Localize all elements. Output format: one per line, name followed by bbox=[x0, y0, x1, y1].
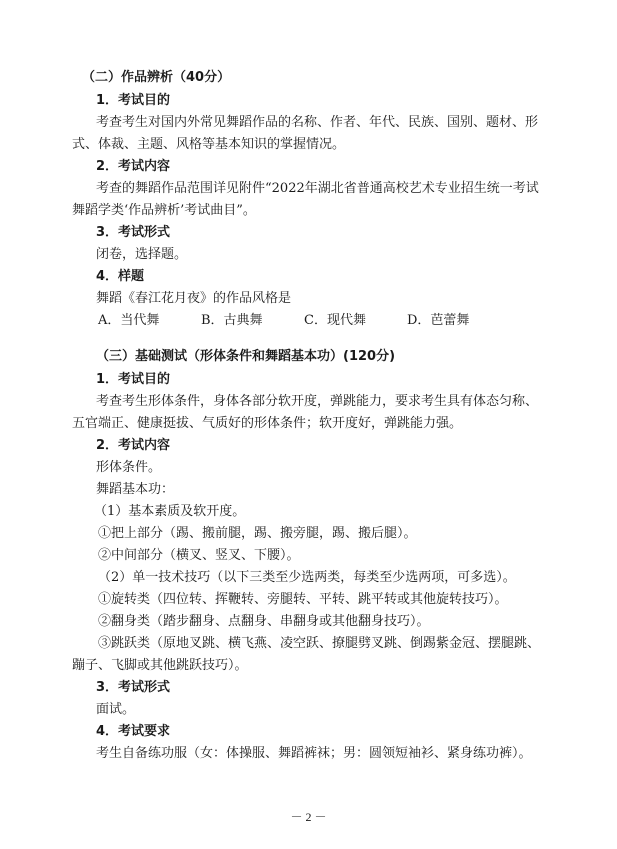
subheading: 2．考试内容 bbox=[96, 159, 170, 175]
paragraph-line: 考查考生对国内外常见舞蹈作品的名称、作者、年代、民族、国别、题材、形 bbox=[96, 115, 538, 131]
paragraph-line: ②翻身类（踏步翻身、点翻身、串翻身或其他翻身技巧）。 bbox=[98, 614, 430, 630]
paragraph-line: （1）基本素质及软开度。 bbox=[94, 504, 245, 520]
paragraph-line: ③跳跃类（原地叉跳、横飞燕、凌空跃、撩腿劈叉跳、倒踢紫金冠、摆腿跳、 bbox=[98, 636, 540, 652]
subheading: 2．考试内容 bbox=[96, 438, 170, 454]
subheading: 1．考试目的 bbox=[96, 93, 170, 109]
page-number: － 2 － bbox=[0, 808, 617, 825]
paragraph-line: ①把上部分（踢、搬前腿，踢、搬旁腿，踢、搬后腿）。 bbox=[98, 526, 417, 542]
paragraph-line: ①旋转类（四位转、挥鞭转、旁腿转、平转、跳平转或其他旋转技巧）。 bbox=[98, 592, 508, 608]
question-text: 舞蹈《春江花月夜》的作品风格是 bbox=[96, 291, 291, 307]
paragraph-line: 考查的舞蹈作品范围详见附件“2022年湖北省普通高校艺术专业招生统一考试 bbox=[96, 181, 539, 197]
option-b: B．古典舞 bbox=[201, 313, 304, 329]
subheading: 1．考试目的 bbox=[96, 372, 170, 388]
paragraph-line: 舞蹈学类‘作品辨析’考试曲目”。 bbox=[72, 203, 256, 219]
paragraph-line: （2）单一技术技巧（以下三类至少选两类，每类至少选两项，可多选）。 bbox=[98, 570, 516, 586]
option-a: A．当代舞 bbox=[98, 313, 201, 329]
subheading: 3．考试形式 bbox=[96, 225, 170, 241]
paragraph-line: 考生自备练功服（女：体操服、舞蹈裤袜；男：圆领短袖衫、紧身练功裤）。 bbox=[96, 746, 532, 762]
paragraph-line: 形体条件。 bbox=[96, 460, 161, 476]
section-heading-3: （三）基础测试（形体条件和舞蹈基本功）(120分) bbox=[96, 349, 395, 365]
subheading: 4．考试要求 bbox=[96, 724, 170, 740]
paragraph-line: 闭卷，选择题。 bbox=[96, 247, 187, 263]
subheading: 4．样题 bbox=[96, 269, 144, 285]
paragraph-line: 舞蹈基本功： bbox=[96, 482, 174, 498]
paragraph-line: 面试。 bbox=[96, 702, 135, 718]
subheading: 3．考试形式 bbox=[96, 680, 170, 696]
paragraph-line: 式、体裁、主题、风格等基本知识的掌握情况。 bbox=[72, 137, 345, 153]
answer-options: A．当代舞 B．古典舞 C．现代舞 D．芭蕾舞 bbox=[98, 313, 510, 329]
option-c: C．现代舞 bbox=[304, 313, 407, 329]
paragraph-line: 考查考生形体条件，身体各部分软开度，弹跳能力，要求考生具有体态匀称、 bbox=[96, 394, 538, 410]
paragraph-line: 蹦子、飞脚或其他跳跃技巧）。 bbox=[72, 658, 248, 674]
paragraph-line: ②中间部分（横叉、竖叉、下腰）。 bbox=[98, 548, 300, 564]
document-page: （二）作品辨析（40分） 1．考试目的 考查考生对国内外常见舞蹈作品的名称、作者… bbox=[0, 0, 617, 849]
section-heading-2: （二）作品辨析（40分） bbox=[82, 70, 230, 86]
paragraph-line: 五官端正、健康挺拔、气质好的形体条件；软开度好，弹跳能力强。 bbox=[72, 416, 462, 432]
option-d: D．芭蕾舞 bbox=[407, 313, 510, 329]
